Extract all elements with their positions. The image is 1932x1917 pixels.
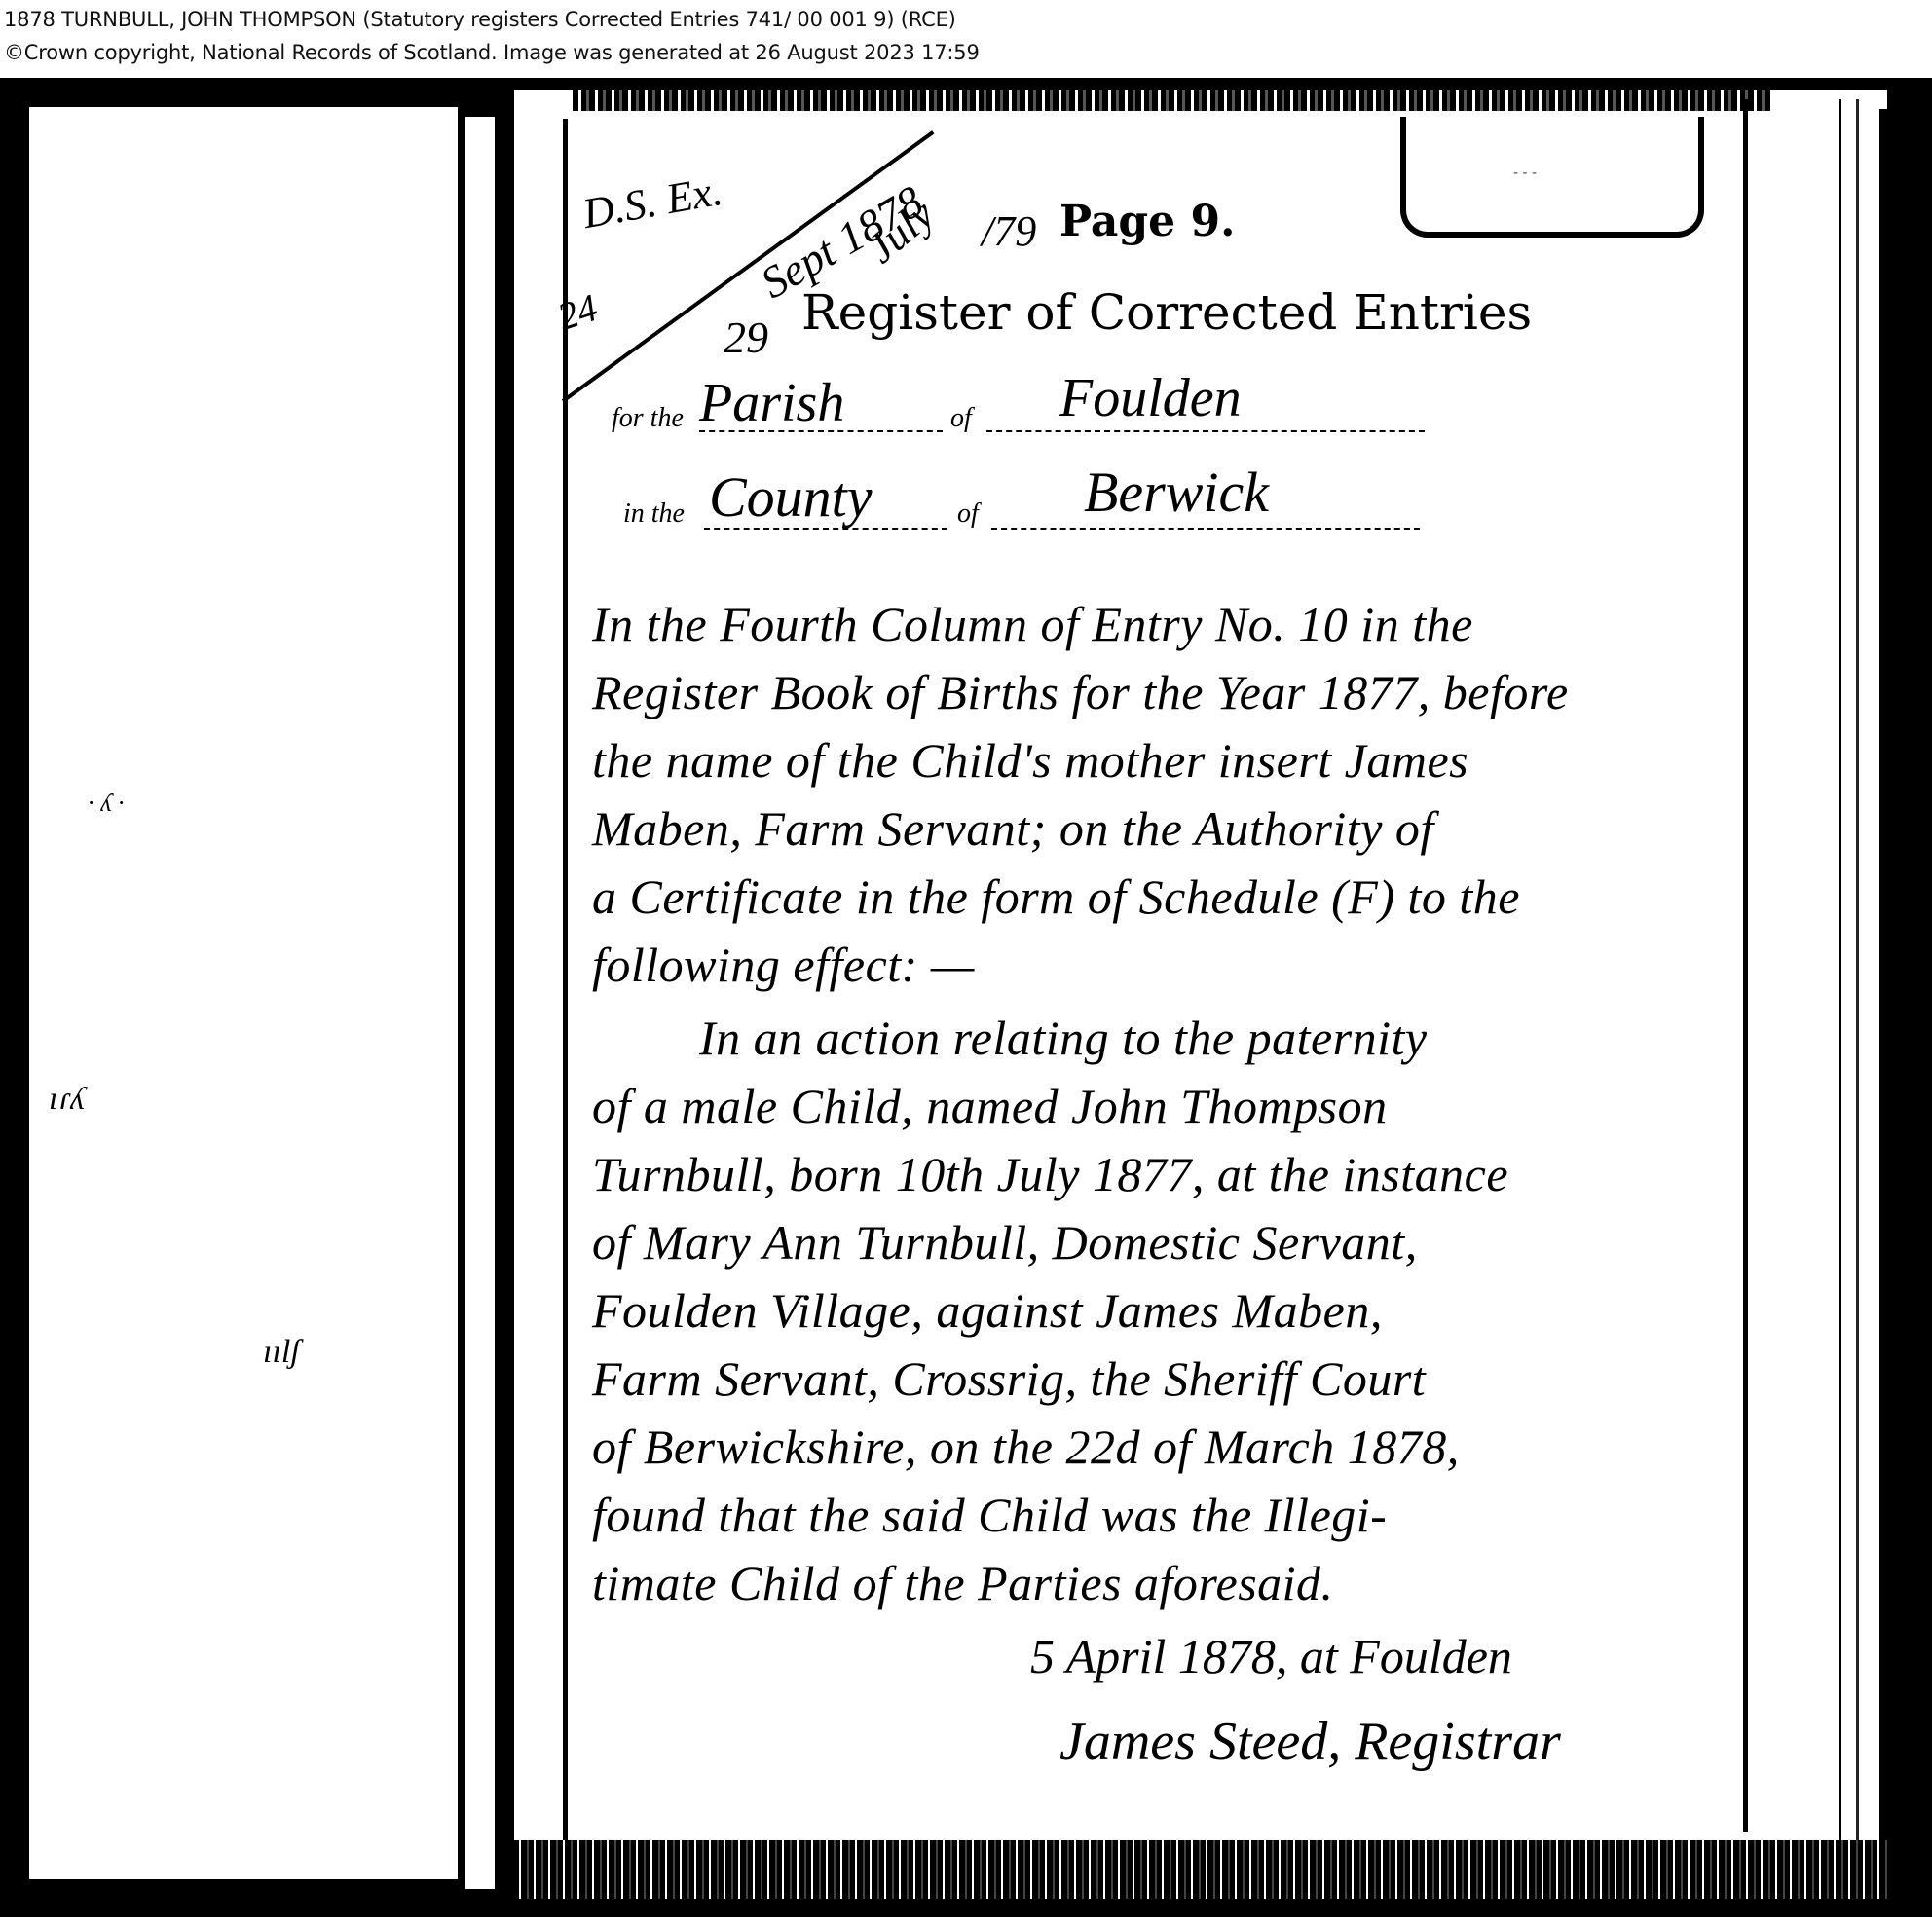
marginal-day: 29	[724, 312, 768, 363]
entry-text-line: timate Child of the Parties aforesaid.	[592, 1555, 1334, 1611]
scanned-register-image: ıɾʎ ıılʃ · ʎ · - - - D.S. Ex. 24 Sept 18…	[0, 78, 1932, 1917]
bleedthrough-marks: ıılʃ	[263, 1334, 300, 1371]
stamp-box: - - -	[1400, 117, 1704, 238]
page-rule	[563, 119, 568, 1871]
marginal-day-struck: 24	[552, 284, 604, 340]
field-underline	[699, 430, 943, 432]
entry-text-line: the name of the Child's mother insert Ja…	[592, 732, 1468, 789]
entry-text-line: a Certificate in the form of Schedule (F…	[592, 868, 1520, 925]
field-parish-type: Parish	[699, 372, 844, 434]
marginal-initials: D.S. Ex.	[579, 166, 726, 239]
page-edge	[1856, 99, 1859, 1881]
page-rule	[1743, 99, 1748, 1832]
label-for-the: for the	[612, 403, 684, 434]
register-title: Register of Corrected Entries	[801, 284, 1532, 341]
entry-text-line: of a male Child, named John Thompson	[592, 1078, 1388, 1134]
page-top-edge	[573, 90, 1770, 111]
entry-text-line: Foulden Village, against James Maben,	[592, 1282, 1383, 1339]
page-edge	[1879, 109, 1887, 1881]
entry-text-line: Farm Servant, Crossrig, the Sheriff Cour…	[592, 1350, 1426, 1407]
caption-record-title: 1878 TURNBULL, JOHN THOMPSON (Statutory …	[4, 8, 956, 31]
entry-text-line: In an action relating to the paternity	[699, 1010, 1428, 1066]
label-in-the: in the	[623, 498, 685, 530]
entry-text-line: of Mary Ann Turnbull, Domestic Servant,	[592, 1214, 1418, 1271]
entry-text-line: of Berwickshire, on the 22d of March 187…	[592, 1419, 1460, 1475]
label-of: of	[957, 498, 979, 530]
field-underline	[986, 430, 1425, 432]
entry-text-line: In the Fourth Column of Entry No. 10 in …	[592, 596, 1473, 652]
bleedthrough-marks: · ʎ ·	[88, 789, 125, 818]
entry-text-line: found that the said Child was the Illegi…	[592, 1487, 1387, 1543]
entry-text-line: Register Book of Births for the Year 187…	[592, 664, 1569, 720]
entry-text-line: Turnbull, born 10th July 1877, at the in…	[592, 1146, 1508, 1202]
register-page: - - - D.S. Ex. 24 Sept 1878 July /79 29 …	[514, 90, 1887, 1899]
signature-date-place: 5 April 1878, at Foulden	[1030, 1628, 1512, 1684]
page-rule	[458, 117, 463, 1850]
marginal-year: /79	[982, 206, 1036, 256]
caption-copyright: ©Crown copyright, National Records of Sc…	[4, 41, 980, 64]
field-county-type: County	[709, 464, 873, 530]
page-edge	[1839, 99, 1841, 1881]
bleedthrough-marks: ıɾʎ	[49, 1081, 85, 1118]
entry-text-line: following effect: —	[592, 937, 975, 993]
left-page-bleedthrough: ıɾʎ ıılʃ · ʎ ·	[29, 107, 458, 1879]
field-underline	[704, 528, 947, 530]
image-caption: 1878 TURNBULL, JOHN THOMPSON (Statutory …	[0, 0, 1932, 80]
field-parish-name: Foulden	[1059, 367, 1242, 429]
page-number: Page 9.	[1059, 197, 1235, 246]
stamp-box-text: - - -	[1513, 166, 1537, 181]
page-bottom-edge	[514, 1840, 1887, 1899]
field-underline	[991, 528, 1420, 530]
binding-gutter	[495, 117, 514, 1889]
field-county-name: Berwick	[1084, 460, 1269, 525]
entry-text-line: Maben, Farm Servant; on the Authority of	[592, 800, 1434, 857]
gutter	[465, 117, 495, 1889]
registrar-signature: James Steed, Registrar	[1059, 1711, 1561, 1773]
label-of: of	[950, 403, 972, 434]
